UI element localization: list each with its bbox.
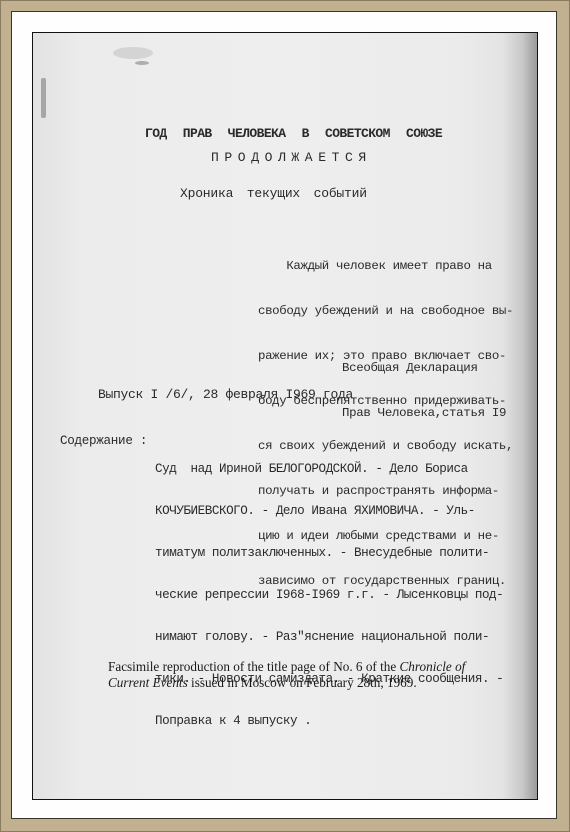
contents-line: ческие репрессии I968-I969 г.г. - Лысенк… bbox=[155, 588, 503, 602]
paper-stain bbox=[113, 47, 153, 59]
epigraph-source-line: Всеобщая Декларация bbox=[342, 361, 506, 376]
contents-line: КОЧУБИЕВСКОГО. - Дело Ивана ЯХИМОВИЧА. -… bbox=[155, 504, 503, 518]
contents-label: Содержание : bbox=[60, 434, 147, 448]
publication-name: Хроника текущих событий bbox=[180, 186, 367, 201]
facsimile-caption: Facsimile reproduction of the title page… bbox=[108, 659, 508, 691]
issue-line: Выпуск I /6/, 28 февраля I969 года bbox=[98, 387, 353, 402]
epigraph-line: свободу убеждений и на свободное вы- bbox=[258, 304, 513, 319]
title-line-2: ПРОДОЛЖАЕТСЯ bbox=[211, 150, 372, 165]
paper-stain bbox=[135, 61, 149, 65]
epigraph-source-line: Прав Человека,статья I9 bbox=[342, 406, 506, 421]
caption-text: issued in Moscow on February 28th, 1969. bbox=[188, 675, 417, 690]
contents-line: нимают голову. - Раз"яснение национально… bbox=[155, 630, 503, 644]
title-line-1: ГОД ПРАВ ЧЕЛОВЕКА В СОВЕТСКОМ СОЮЗЕ bbox=[145, 126, 442, 141]
caption-text: Facsimile reproduction of the title page… bbox=[108, 659, 400, 674]
contents-line: Поправка к 4 выпуску . bbox=[155, 714, 503, 728]
contents-line: тиматум политзаключенных. - Внесудебные … bbox=[155, 546, 503, 560]
epigraph-source: Всеобщая Декларация Прав Человека,статья… bbox=[342, 331, 506, 451]
contents-list: Суд над Ириной БЕЛОГОРОДСКОЙ. - Дело Бор… bbox=[155, 434, 503, 756]
contents-line: Суд над Ириной БЕЛОГОРОДСКОЙ. - Дело Бор… bbox=[155, 462, 503, 476]
epigraph-line: Каждый человек имеет право на bbox=[258, 259, 513, 274]
paper-stain bbox=[41, 78, 46, 118]
scanned-title-page: ГОД ПРАВ ЧЕЛОВЕКА В СОВЕТСКОМ СОЮЗЕ ПРОД… bbox=[32, 32, 538, 800]
